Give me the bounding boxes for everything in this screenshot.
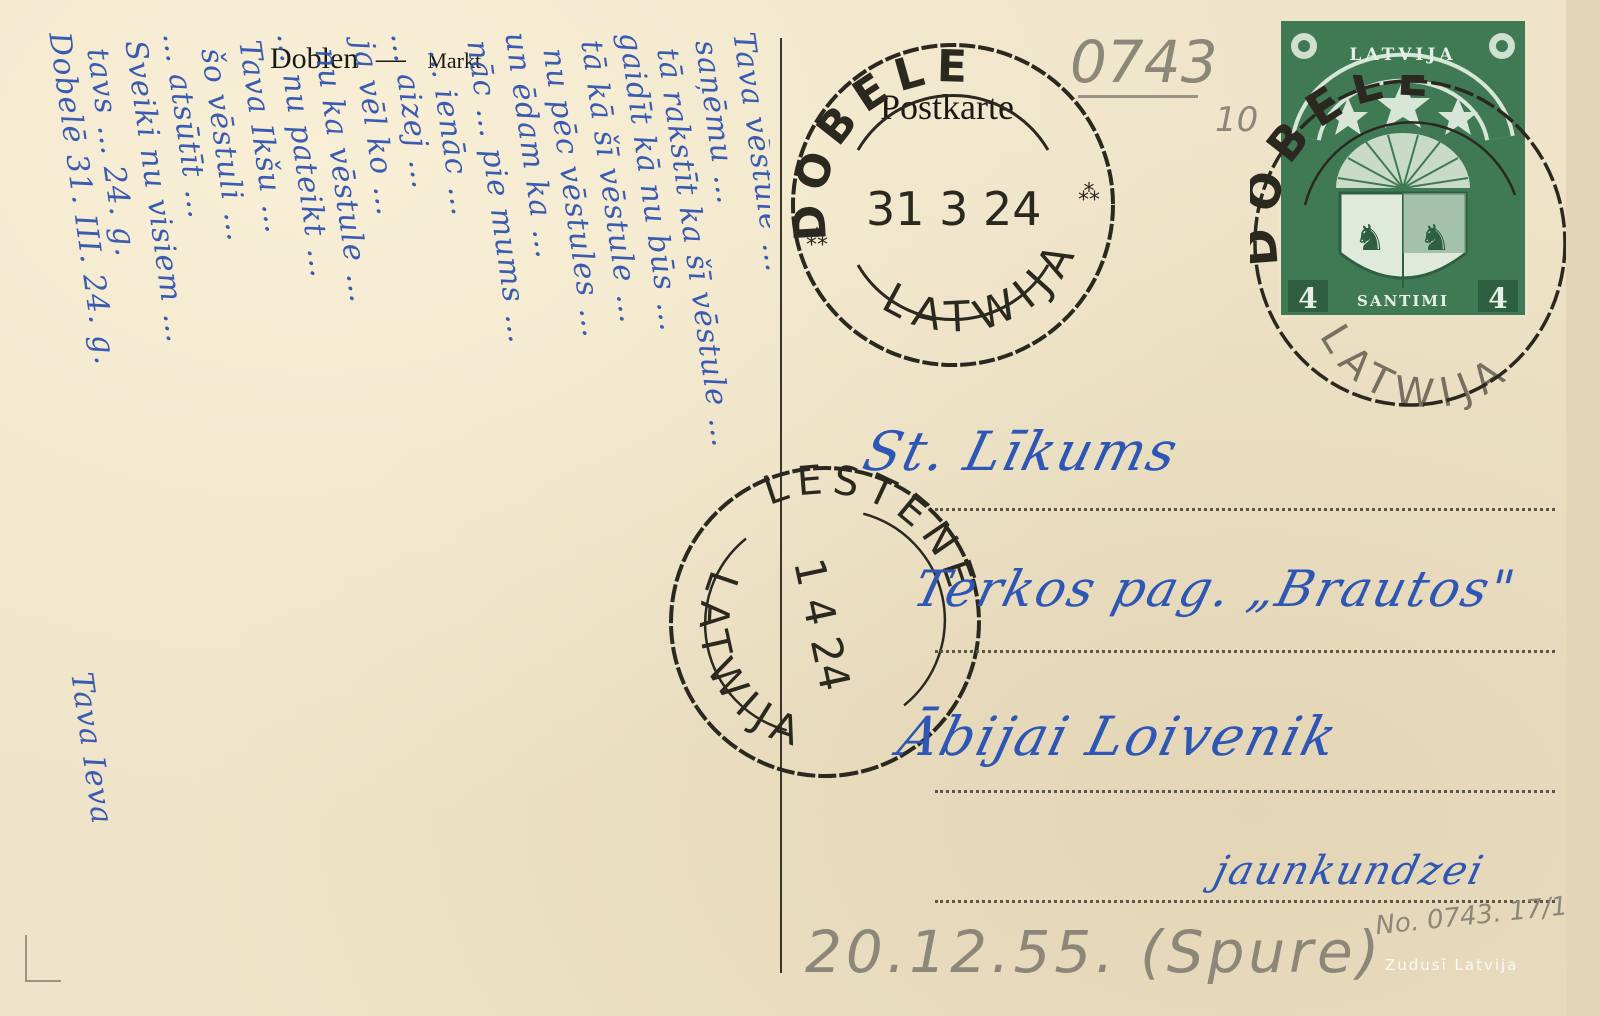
postmark-dobele: DOBELE LATWIJA 31 3 24 ⁂ ⁂ <box>788 40 1118 370</box>
svg-text:⁂: ⁂ <box>806 226 828 251</box>
address-recipient: Ābijai Loivenik <box>892 705 1345 768</box>
postmark-stamp-cancel: DOBELE LATWIJA <box>1250 75 1570 410</box>
watermark: Zudusī Latvija <box>1385 956 1518 974</box>
svg-text:LATWIJA: LATWIJA <box>1310 317 1520 410</box>
postcard-back: Doblen — Markt Tava vēstule …saņēmu …tā … <box>0 0 1569 1016</box>
address-line-2 <box>935 650 1555 653</box>
postmark-cancel-top: DOBELE <box>1250 75 1442 269</box>
pencil-date-note: 20.12.55. (Spure) <box>805 918 1383 986</box>
address-name: St. Līkums <box>857 420 1185 483</box>
address-title: jaunkundzei <box>1209 848 1489 894</box>
address-parish: Terkos pag. „Brautos" <box>908 560 1522 618</box>
pencil-reference: No. 0743. 17/11. <box>1374 889 1594 942</box>
stamp-country: LATVIJA <box>1349 45 1456 65</box>
address-line-1 <box>935 508 1555 511</box>
message-signoff: Tava Ieva <box>63 670 119 827</box>
postmark-cancel-bottom: LATWIJA <box>1310 317 1520 410</box>
card-edge <box>1566 0 1600 1016</box>
svg-text:⁂: ⁂ <box>1078 181 1100 206</box>
address-line-3 <box>935 790 1555 793</box>
postmark-lestene-date: 1 4 24 <box>784 554 860 695</box>
postmark-dobele-date: 31 3 24 <box>866 182 1042 236</box>
svg-text:DOBELE: DOBELE <box>1250 75 1442 269</box>
pencil-corner-mark <box>25 935 61 982</box>
